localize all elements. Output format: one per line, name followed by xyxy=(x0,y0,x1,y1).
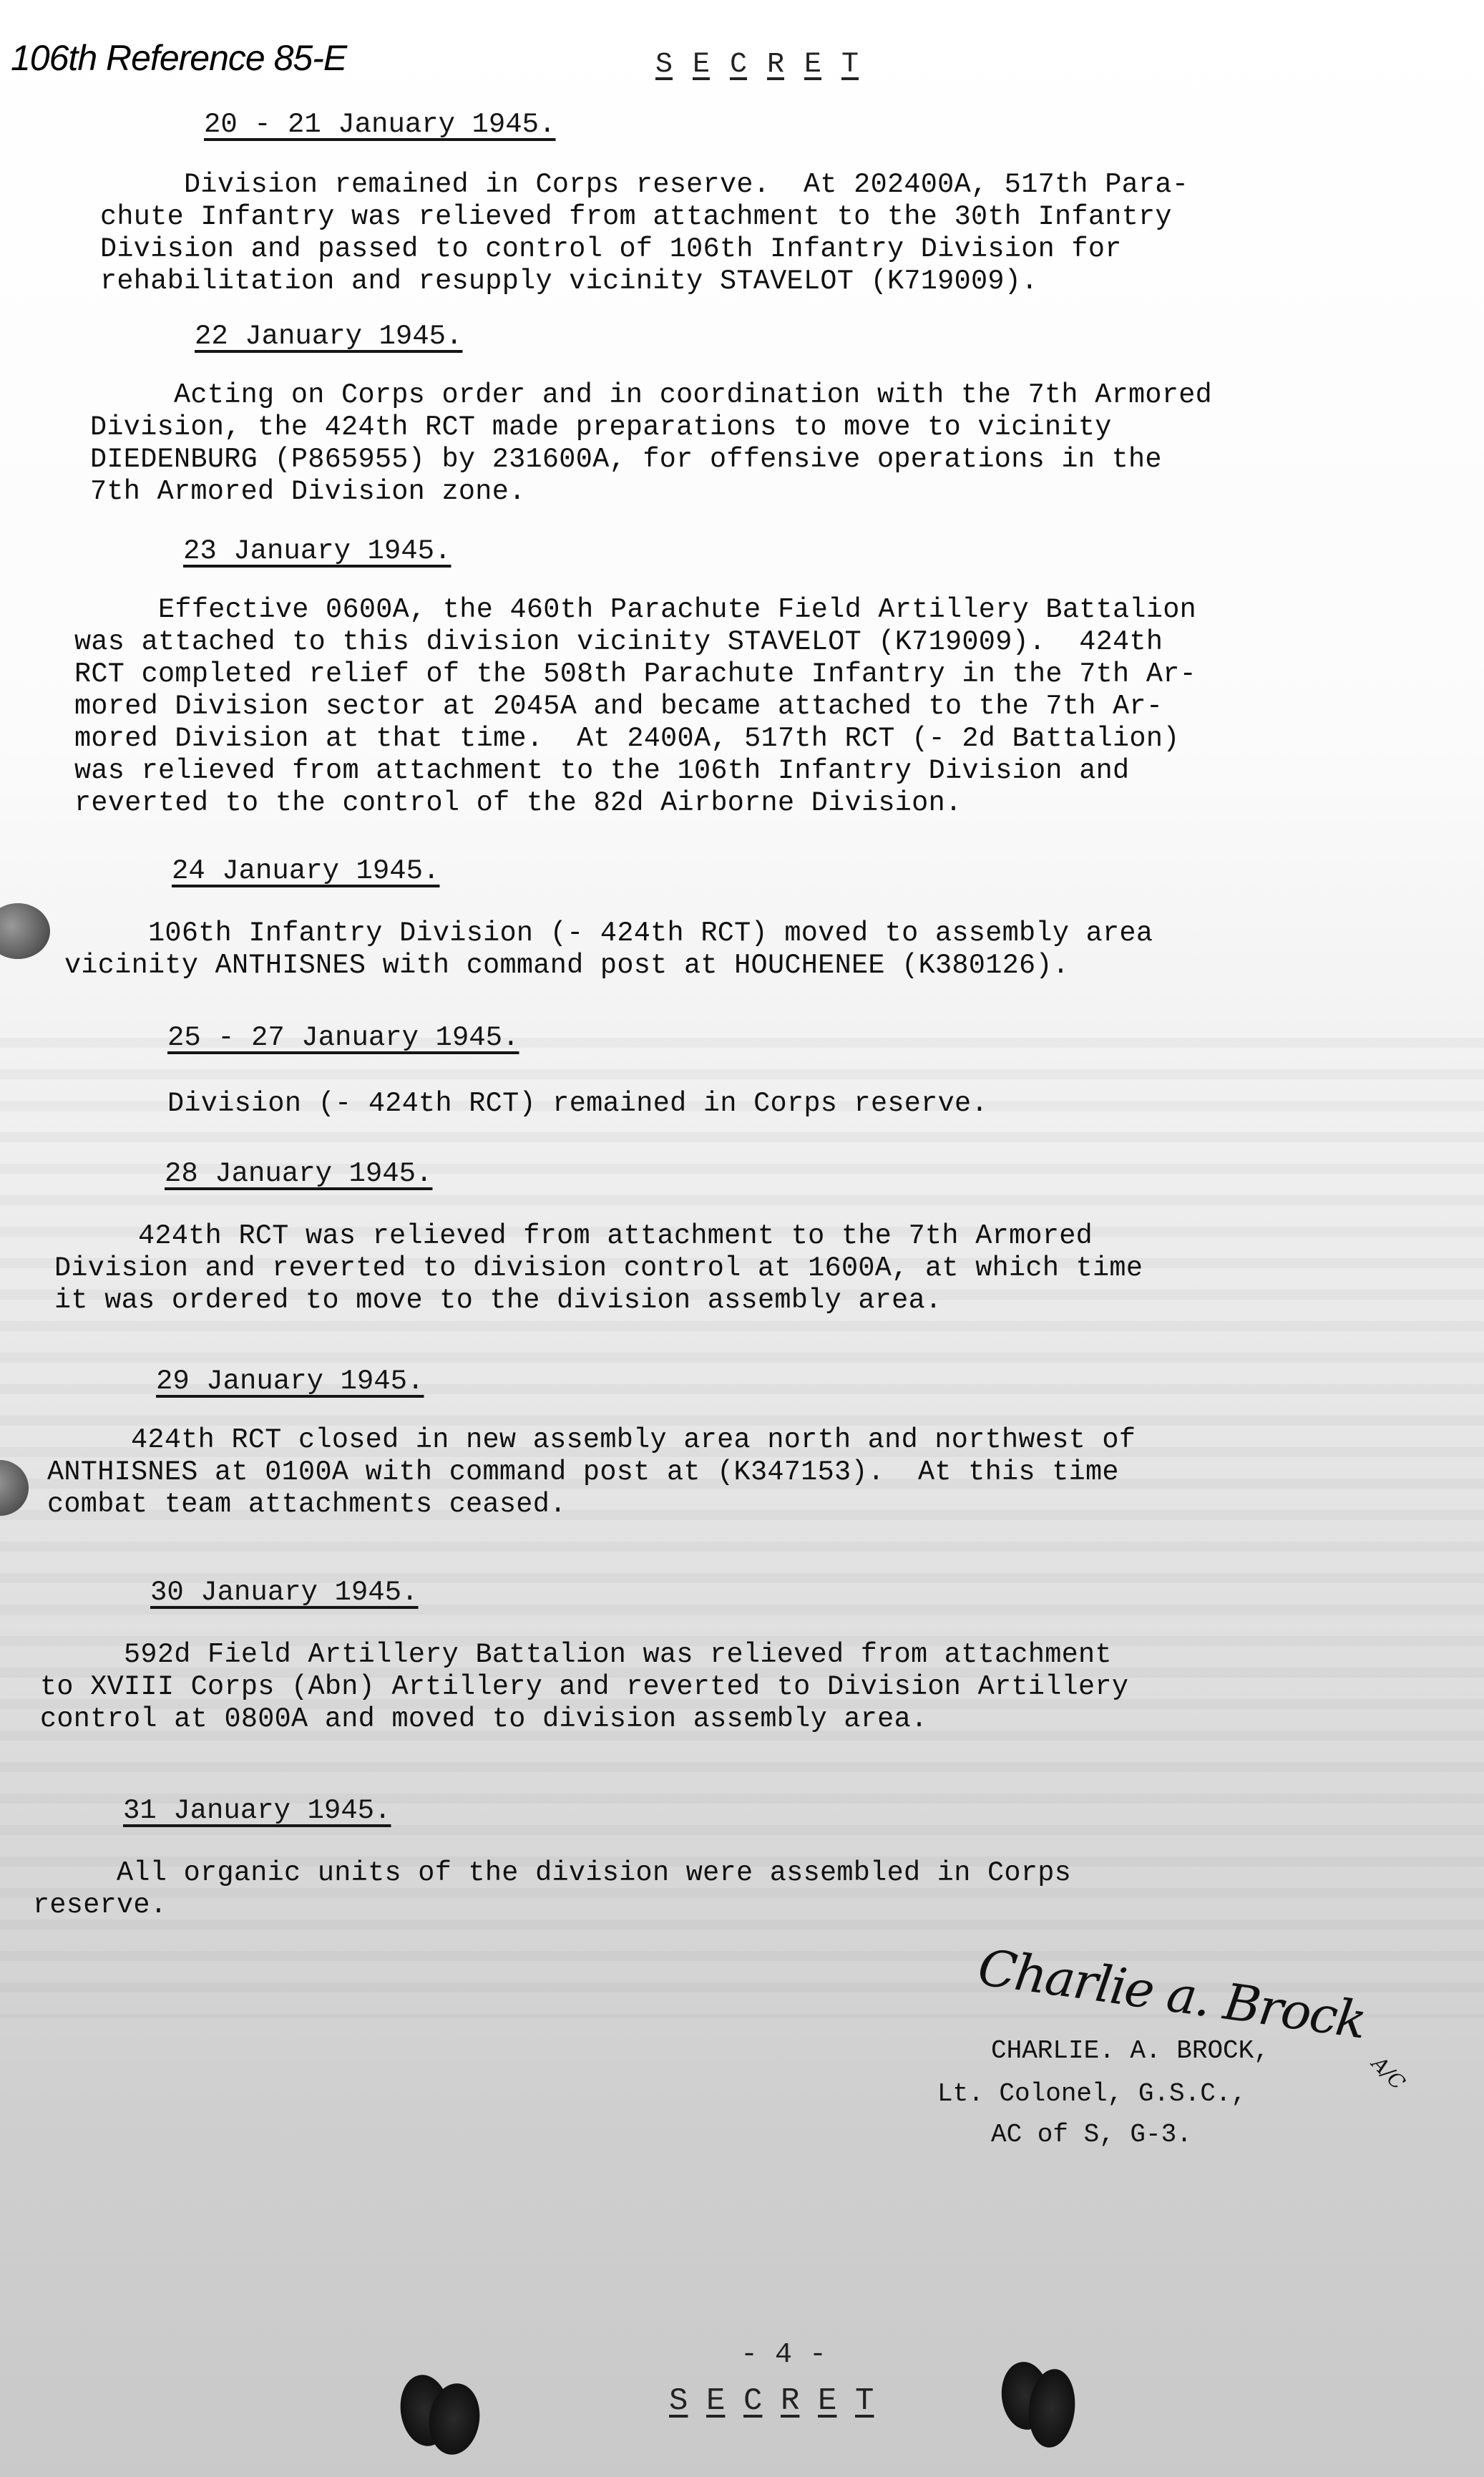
classification-letter: E xyxy=(706,2383,743,2419)
entry-date: 28 January 1945. xyxy=(165,1158,432,1189)
classification-header: SECRET xyxy=(655,49,879,81)
entry-body: Division (- 424th RCT) remained in Corps… xyxy=(167,1088,988,1120)
reference-label: 106th Reference 85-E xyxy=(11,37,346,79)
entry-body: 424th RCT was relieved from attachment t… xyxy=(54,1220,1143,1317)
classification-letter: S xyxy=(669,2383,706,2419)
classification-letter: E xyxy=(693,49,730,81)
entry-date: 22 January 1945. xyxy=(195,321,462,352)
classification-letter: C xyxy=(743,2383,781,2419)
classification-letter: E xyxy=(818,2383,855,2419)
classification-letter: C xyxy=(730,49,767,81)
entry-body: Acting on Corps order and in coordinatio… xyxy=(90,379,1212,508)
classification-letter: T xyxy=(855,2383,892,2419)
entry-date: 30 January 1945. xyxy=(150,1577,418,1608)
entry-body: 106th Infantry Division (- 424th RCT) mo… xyxy=(64,918,1153,982)
signer-rank: Lt. Colonel, G.S.C., xyxy=(937,2079,1246,2108)
signer-title: AC of S, G-3. xyxy=(991,2120,1192,2149)
entry-body: 592d Field Artillery Battalion was relie… xyxy=(40,1639,1128,1736)
entry-date: 29 January 1945. xyxy=(156,1366,424,1397)
entry-body: Division remained in Corps reserve. At 2… xyxy=(100,169,1188,298)
classification-letter: E xyxy=(804,49,841,81)
binder-hole xyxy=(0,1460,29,1516)
classification-letter: T xyxy=(841,49,879,81)
entry-date: 20 - 21 January 1945. xyxy=(204,109,555,140)
typed-name: CHARLIE. A. BROCK, xyxy=(991,2036,1269,2065)
classification-letter: R xyxy=(781,2383,818,2419)
classification-footer: SECRET xyxy=(669,2383,892,2419)
entry-body: All organic units of the division were a… xyxy=(33,1857,1071,1922)
classification-letter: S xyxy=(655,49,693,81)
entry-body: 424th RCT closed in new assembly area no… xyxy=(47,1424,1136,1521)
entry-body: Effective 0600A, the 460th Parachute Fie… xyxy=(74,594,1196,819)
entry-date: 31 January 1945. xyxy=(123,1795,391,1826)
classification-letter: R xyxy=(767,49,804,81)
page-number: - 4 - xyxy=(741,2339,826,2371)
signature-suffix: A/C xyxy=(1367,2052,1410,2094)
handwritten-signature: Charlie a. Brock xyxy=(975,1937,1369,2050)
entry-date: 24 January 1945. xyxy=(172,855,439,887)
entry-date: 25 - 27 January 1945. xyxy=(167,1022,519,1053)
binder-hole xyxy=(0,903,50,959)
entry-date: 23 January 1945. xyxy=(183,535,451,567)
